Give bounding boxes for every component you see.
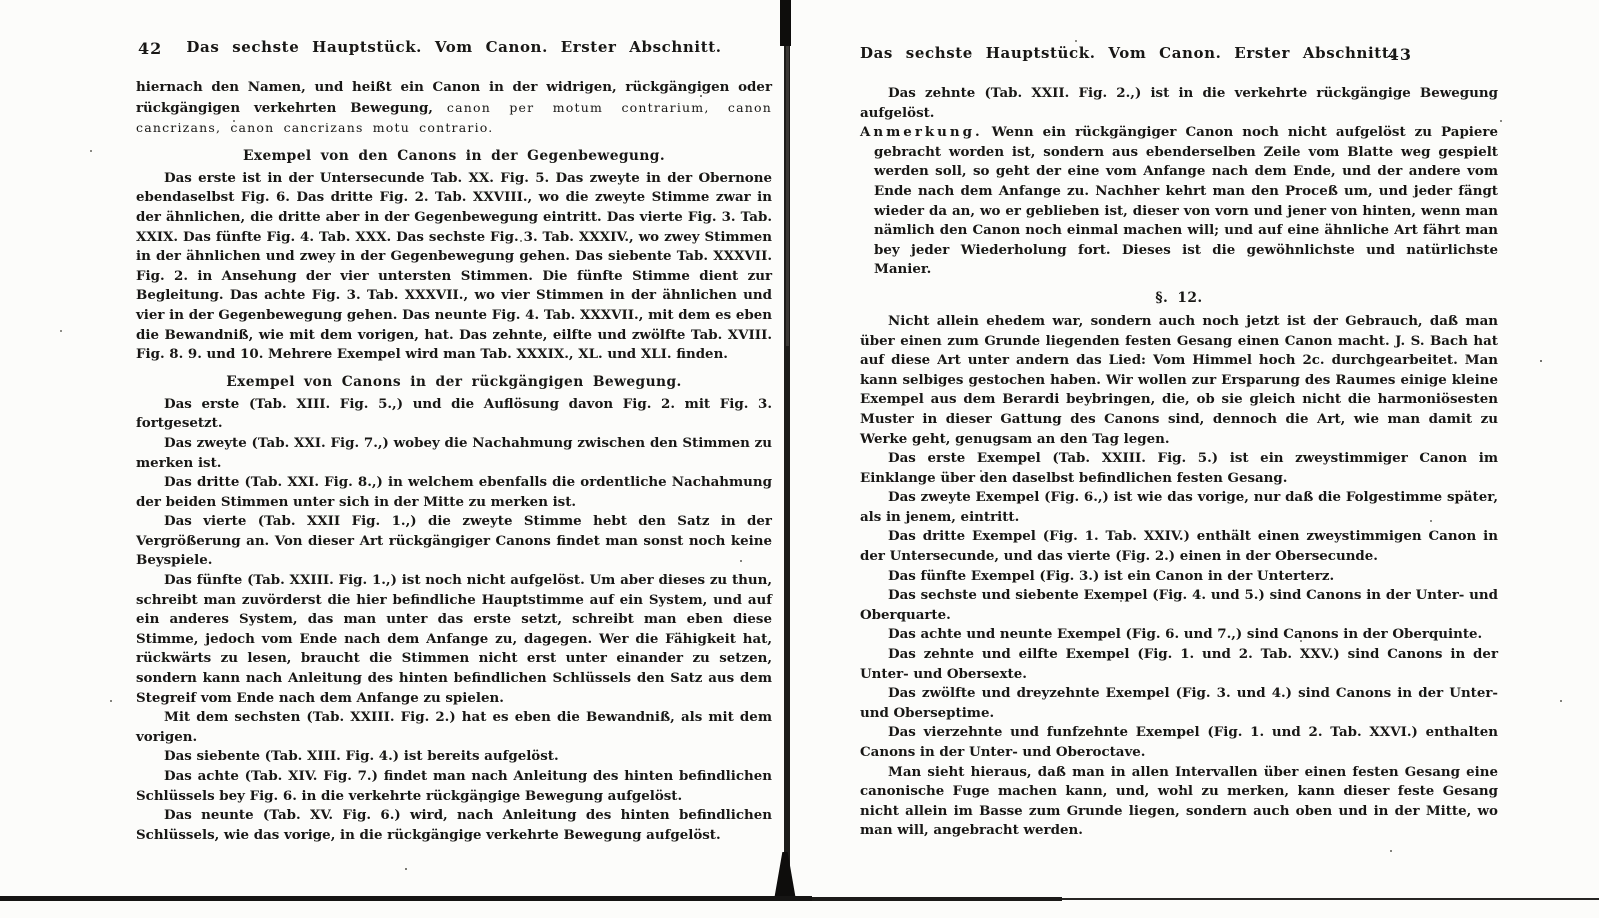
scan-noise-speckles [0,0,2,2]
paragraph: Das vierte (Tab. XXII Fig. 1.,) die zwey… [136,512,772,571]
page-bottom-edge [812,897,1062,901]
paragraph: Das zweyte (Tab. XXI. Fig. 7.,) wobey di… [136,434,772,473]
note-label: Anmerkung. [860,124,983,140]
note-text: Wenn ein rückgängiger Canon noch nicht a… [874,124,1498,277]
paragraph: Das fünfte Exempel (Fig. 3.) ist ein Can… [860,567,1498,587]
paragraph: Das sechste und siebente Exempel (Fig. 4… [860,586,1498,625]
paragraph: Das achte und neunte Exempel (Fig. 6. un… [860,625,1498,645]
page-number: 42 [138,39,162,58]
section-heading: Exempel von Canons in der rückgängigen B… [136,374,772,390]
paragraph: Mit dem sechsten (Tab. XXIII. Fig. 2.) h… [136,708,772,747]
paragraph: Das dritte (Tab. XXI. Fig. 8.,) in welch… [136,473,772,512]
paragraph: Nicht allein ehedem war, sondern auch no… [860,312,1498,449]
page-bottom-edge [0,896,812,901]
section-heading: Exempel von den Canons in der Gegenbeweg… [136,148,772,164]
paragraph: Man sieht hieraus, daß man in allen Inte… [860,763,1498,841]
running-header-left: 42 Das sechste Hauptstück. Vom Canon. Er… [136,38,772,60]
book-scan-spread: 42 Das sechste Hauptstück. Vom Canon. Er… [0,0,1599,918]
book-gutter-top-blot [780,0,791,46]
paragraph: Das vierzehnte und funfzehnte Exempel (F… [860,723,1498,762]
paragraph: Das zweyte Exempel (Fig. 6.,) ist wie da… [860,488,1498,527]
right-page: Das sechste Hauptstück. Vom Canon. Erste… [860,44,1498,841]
note-paragraph: Anmerkung. Wenn ein rückgängiger Canon n… [860,123,1498,280]
paragraph: hiernach den Namen, und heißt ein Canon … [136,78,772,139]
paragraph: Das zehnte (Tab. XXII. Fig. 2.,) ist in … [860,84,1498,123]
paragraph: Das erste (Tab. XIII. Fig. 5.,) und die … [136,395,772,434]
paragraph: Das zwölfte und dreyzehnte Exempel (Fig.… [860,684,1498,723]
left-page: 42 Das sechste Hauptstück. Vom Canon. Er… [136,38,772,845]
paragraph: Das zehnte und eilfte Exempel (Fig. 1. u… [860,645,1498,684]
book-gutter-bottom-blot [774,852,796,900]
section-mark: §. 12. [860,290,1498,306]
page-number: 43 [1388,45,1412,64]
paragraph: Das siebente (Tab. XIII. Fig. 4.) ist be… [136,747,772,767]
running-header-right: Das sechste Hauptstück. Vom Canon. Erste… [860,44,1498,66]
book-gutter-shadow [786,46,789,346]
paragraph: Das dritte Exempel (Fig. 1. Tab. XXIV.) … [860,527,1498,566]
paragraph: Das erste ist in der Untersecunde Tab. X… [136,169,772,365]
paragraph: Das neunte (Tab. XV. Fig. 6.) wird, nach… [136,806,772,845]
paragraph: Das fünfte (Tab. XXIII. Fig. 1.,) ist no… [136,571,772,708]
running-title: Das sechste Hauptstück. Vom Canon. Erste… [136,38,772,56]
page-bottom-edge [1062,898,1599,900]
paragraph: Das achte (Tab. XIV. Fig. 7.) findet man… [136,767,772,806]
paragraph: Das erste Exempel (Tab. XXIII. Fig. 5.) … [860,449,1498,488]
